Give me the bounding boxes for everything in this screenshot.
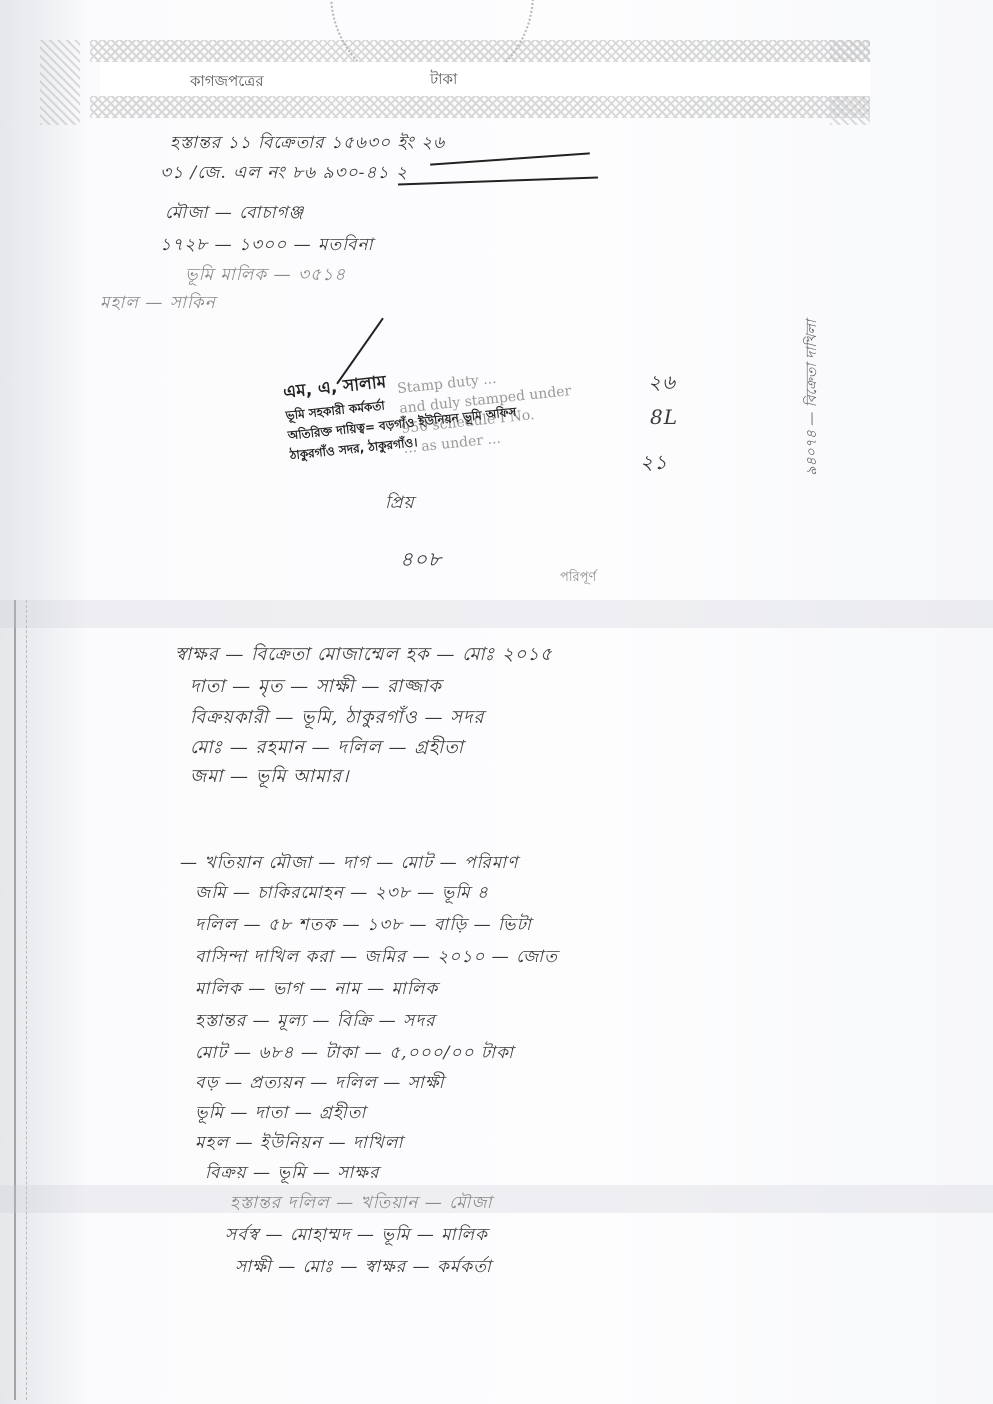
- border-ornament: [90, 40, 870, 62]
- signature-stroke: [398, 177, 598, 186]
- scanned-page: কাগজপত্রের টাকা হস্তান্তর ১১ বিক্রেতার ১…: [0, 0, 993, 1404]
- handwritten-line: হস্তান্তর — মূল্য — বিক্রি — সদর: [195, 1008, 436, 1036]
- header-left-label: কাগজপত্রের: [190, 70, 264, 95]
- handwritten-line: জমা — ভূমি আমার।: [190, 762, 350, 793]
- margin-number: 8L: [650, 405, 678, 429]
- margin-number: ২১: [640, 448, 668, 481]
- handwritten-line: মৌজা — বোচাগঞ্জ: [165, 200, 304, 228]
- handwritten-line: মোট — ৬৮৪ — টাকা — ৫,০০০/০০ টাকা: [195, 1040, 514, 1068]
- handwritten-line: মহাল — সাকিন: [100, 290, 216, 318]
- handwritten-line: সর্বস্ব — মোহাম্মদ — ভূমি — মালিক: [225, 1222, 488, 1250]
- margin-number: ২৬: [648, 368, 676, 401]
- handwritten-line: হস্তান্তর ১১ বিক্রেতার ১৫৬৩০ ইং ২৬: [170, 130, 445, 158]
- handwritten-line: বড় — প্রত্যয়ন — দলিল — সাক্ষী: [195, 1070, 444, 1098]
- header-right-label: টাকা: [430, 68, 457, 93]
- handwritten-line: ১৭২৮ — ১৩০০ — মতবিনা: [160, 232, 374, 260]
- handwritten-line: ৩১ /জে. এল নং ৮৬ ৯৩০-৪১ ২: [160, 160, 408, 188]
- handwritten-line: স্বাক্ষর — বিক্রেতা মোজাম্মেল হক — মোঃ ২…: [175, 640, 553, 671]
- vertical-margin-note: ৯৪০৭৪ — বিক্রেতা দাখিলা: [800, 320, 824, 476]
- handwritten-line: দাতা — মৃত — সাক্ষী — রাজ্জাক: [190, 672, 442, 703]
- handwritten-line: ভূমি মালিক — ৩৫১৪: [185, 262, 346, 290]
- border-ornament: [90, 96, 870, 118]
- signature-caption: প্রিয়: [385, 490, 415, 518]
- handwritten-line: ভূমি — দাতা — গ্রহীতা: [195, 1100, 366, 1128]
- handwritten-line: মহল — ইউনিয়ন — দাখিলা: [195, 1130, 403, 1158]
- handwritten-line: বিক্রয় — ভূমি — সাক্ষর: [205, 1160, 379, 1188]
- official-seal: এম, এ, সালাম ভূমি সহকারী কর্মকর্তা অতিরি…: [282, 356, 520, 468]
- header-box: কাগজপত্রের টাকা: [100, 62, 870, 96]
- faded-stamp: পরিপূর্ণ: [560, 568, 596, 589]
- handwritten-line: মোঃ — রহমান — দলিল — গ্রহীতা: [190, 733, 464, 764]
- border-ornament: [40, 40, 80, 125]
- margin-number: ৪০৮: [400, 545, 442, 578]
- scan-fold-band: [0, 600, 993, 628]
- handwritten-line: হস্তান্তর দলিল — খতিয়ান — মৌজা: [230, 1190, 493, 1218]
- stamp-paper-header: কাগজপত্রের টাকা: [30, 0, 960, 125]
- binding-edge: [14, 600, 27, 1400]
- handwritten-line: — খতিয়ান মৌজা — দাগ — মোট — পরিমাণ: [180, 850, 518, 878]
- handwritten-line: বিক্রয়কারী — ভূমি, ঠাকুরগাঁও — সদর: [190, 703, 484, 734]
- handwritten-line: দলিল — ৫৮ শতক — ১৩৮ — বাড়ি — ভিটা: [195, 912, 532, 940]
- handwritten-line: সাক্ষী — মোঃ — স্বাক্ষর — কর্মকর্তা: [235, 1254, 492, 1282]
- handwritten-line: বাসিন্দা দাখিল করা — জমির — ২০১০ — জোত: [195, 944, 558, 972]
- scan-fold-band: [0, 1185, 993, 1213]
- handwritten-line: জমি — চাকিরমোহন — ২৩৮ — ভূমি ৪: [195, 880, 489, 908]
- handwritten-line: মালিক — ভাগ — নাম — মালিক: [195, 976, 438, 1004]
- signature-stroke: [430, 152, 590, 165]
